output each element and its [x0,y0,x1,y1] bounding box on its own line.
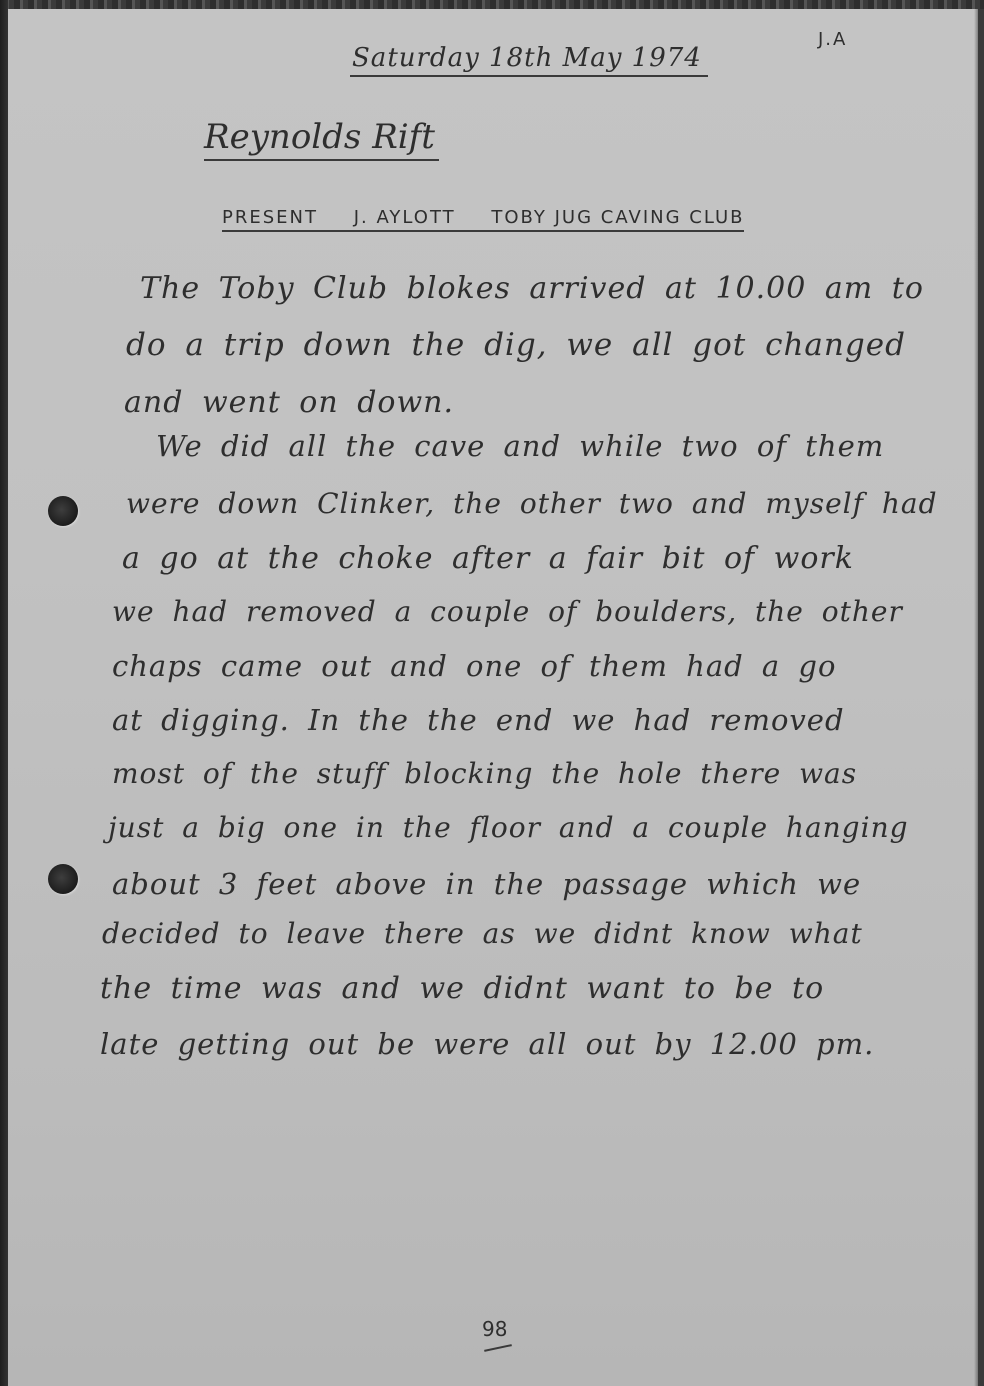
body-line: just a big one in the floor and a couple… [108,811,909,844]
page-title: Reynolds Rift [204,117,439,161]
body-line: were down Clinker, the other two and mys… [126,487,938,520]
present-label: PRESENT [222,207,318,228]
body-line: most of the stuff blocking the hole ther… [112,757,857,790]
author-initials: J.A [818,29,847,50]
body-line: chaps came out and one of them had a go [112,649,836,683]
entry-date: Saturday 18th May 1974 [350,43,708,77]
present-person: J. AYLOTT [354,207,456,228]
body-line: the time was and we didnt want to be to [100,971,824,1006]
page-number-underline [484,1344,512,1352]
punch-hole-upper [48,496,78,526]
body-line: late getting out be were all out by 12.0… [100,1027,874,1061]
present-line: PRESENT J. AYLOTT TOBY JUG CAVING CLUB [222,207,744,232]
punch-hole-lower [48,864,78,894]
body-line: at digging. In the the end we had remove… [112,703,845,737]
body-line: and went on down. [124,385,454,420]
body-line: We did all the cave and while two of the… [156,429,884,463]
handwritten-page: Saturday 18th May 1974 J.A Reynolds Rift… [8,9,978,1386]
page-number: 98 [482,1317,507,1341]
body-line: we had removed a couple of boulders, the… [112,595,903,628]
wooden-surface-left [0,0,8,1386]
present-club: TOBY JUG CAVING CLUB [491,207,744,228]
wooden-surface-top [0,0,984,9]
body-line: a go at the choke after a fair bit of wo… [122,541,854,576]
body-line: The Toby Club blokes arrived at 10.00 am… [140,271,924,306]
body-line: do a trip down the dig, we all got chang… [126,327,906,363]
body-line: about 3 feet above in the passage which … [112,867,861,901]
body-line: decided to leave there as we didnt know … [102,917,863,950]
